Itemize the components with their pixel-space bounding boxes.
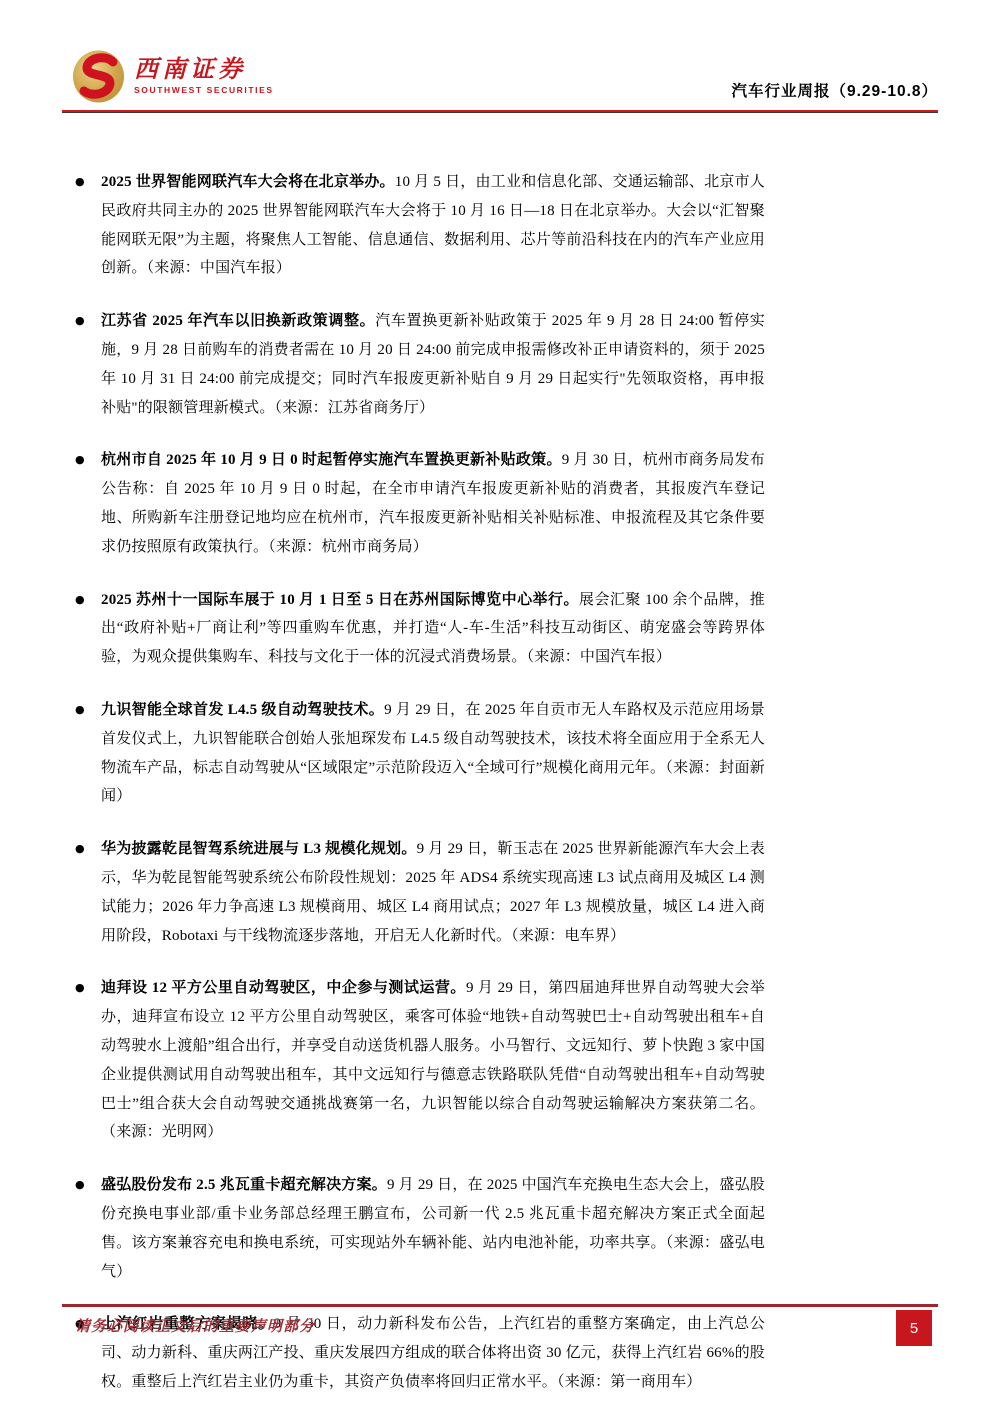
report-title: 汽车行业周报（9.29-10.8） [732, 79, 939, 103]
disclaimer-text: 请务必阅读正文后的重要声明部分 [75, 1315, 315, 1336]
bullet-icon: ● [75, 586, 101, 672]
news-item: ● 2025 世界智能网联汽车大会将在北京举办。10 月 5 日，由工业和信息化… [75, 168, 765, 283]
news-headline: 2025 苏州十一国际车展于 10 月 1 日至 5 日在苏州国际博览中心举行。 [101, 592, 579, 608]
news-headline: 迪拜设 12 平方公里自动驾驶区，中企参与测试运营。 [101, 980, 466, 996]
news-headline: 江苏省 2025 年汽车以旧换新政策调整。 [101, 313, 375, 329]
bullet-icon: ● [75, 446, 101, 561]
bullet-icon: ● [75, 974, 101, 1147]
logo-name-cn: 西南证券 [134, 58, 274, 82]
news-item: ● 盛弘股份发布 2.5 兆瓦重卡超充解决方案。9 月 29 日，在 2025 … [75, 1171, 765, 1286]
news-item: ● 九识智能全球首发 L4.5 级自动驾驶技术。9 月 29 日，在 2025 … [75, 696, 765, 811]
news-item: ● 华为披露乾昆智驾系统进展与 L3 规模化规划。9 月 29 日，靳玉志在 2… [75, 835, 765, 950]
news-list: ● 2025 世界智能网联汽车大会将在北京举办。10 月 5 日，由工业和信息化… [75, 168, 765, 1414]
news-item: ● 2025 苏州十一国际车展于 10 月 1 日至 5 日在苏州国际博览中心举… [75, 586, 765, 672]
news-headline: 华为披露乾昆智驾系统进展与 L3 规模化规划。 [101, 841, 417, 857]
bullet-icon: ● [75, 1171, 101, 1286]
bullet-icon: ● [75, 696, 101, 811]
news-item: ● 江苏省 2025 年汽车以旧换新政策调整。汽车置换更新补贴政策于 2025 … [75, 307, 765, 422]
news-headline: 九识智能全球首发 L4.5 级自动驾驶技术。 [101, 702, 384, 718]
news-item: ● 迪拜设 12 平方公里自动驾驶区，中企参与测试运营。9 月 29 日，第四届… [75, 974, 765, 1147]
news-headline: 2025 世界智能网联汽车大会将在北京举办。 [101, 174, 395, 190]
logo-name-en: SOUTHWEST SECURITIES [134, 86, 274, 95]
news-headline: 盛弘股份发布 2.5 兆瓦重卡超充解决方案。 [101, 1177, 387, 1193]
news-item: ● 杭州市自 2025 年 10 月 9 日 0 时起暂停实施汽车置换更新补贴政… [75, 446, 765, 561]
company-logo: 西南证券 SOUTHWEST SECURITIES [72, 50, 274, 103]
header-rule [62, 110, 938, 113]
page-number-badge: 5 [896, 1310, 932, 1346]
page-header: 西南证券 SOUTHWEST SECURITIES 汽车行业周报（9.29-10… [62, 50, 938, 113]
bullet-icon: ● [75, 168, 101, 283]
news-body: 9 月 29 日，第四届迪拜世界自动驾驶大会举办，迪拜宣布设立 12 平方公里自… [101, 980, 765, 1140]
bullet-icon: ● [75, 307, 101, 422]
bullet-icon: ● [75, 835, 101, 950]
page-footer: 请务必阅读正文后的重要声明部分 5 [62, 1304, 938, 1346]
news-headline: 杭州市自 2025 年 10 月 9 日 0 时起暂停实施汽车置换更新补贴政策。 [101, 452, 562, 468]
report-page: 西南证券 SOUTHWEST SECURITIES 汽车行业周报（9.29-10… [0, 0, 1000, 1414]
logo-swirl-icon [72, 50, 125, 103]
